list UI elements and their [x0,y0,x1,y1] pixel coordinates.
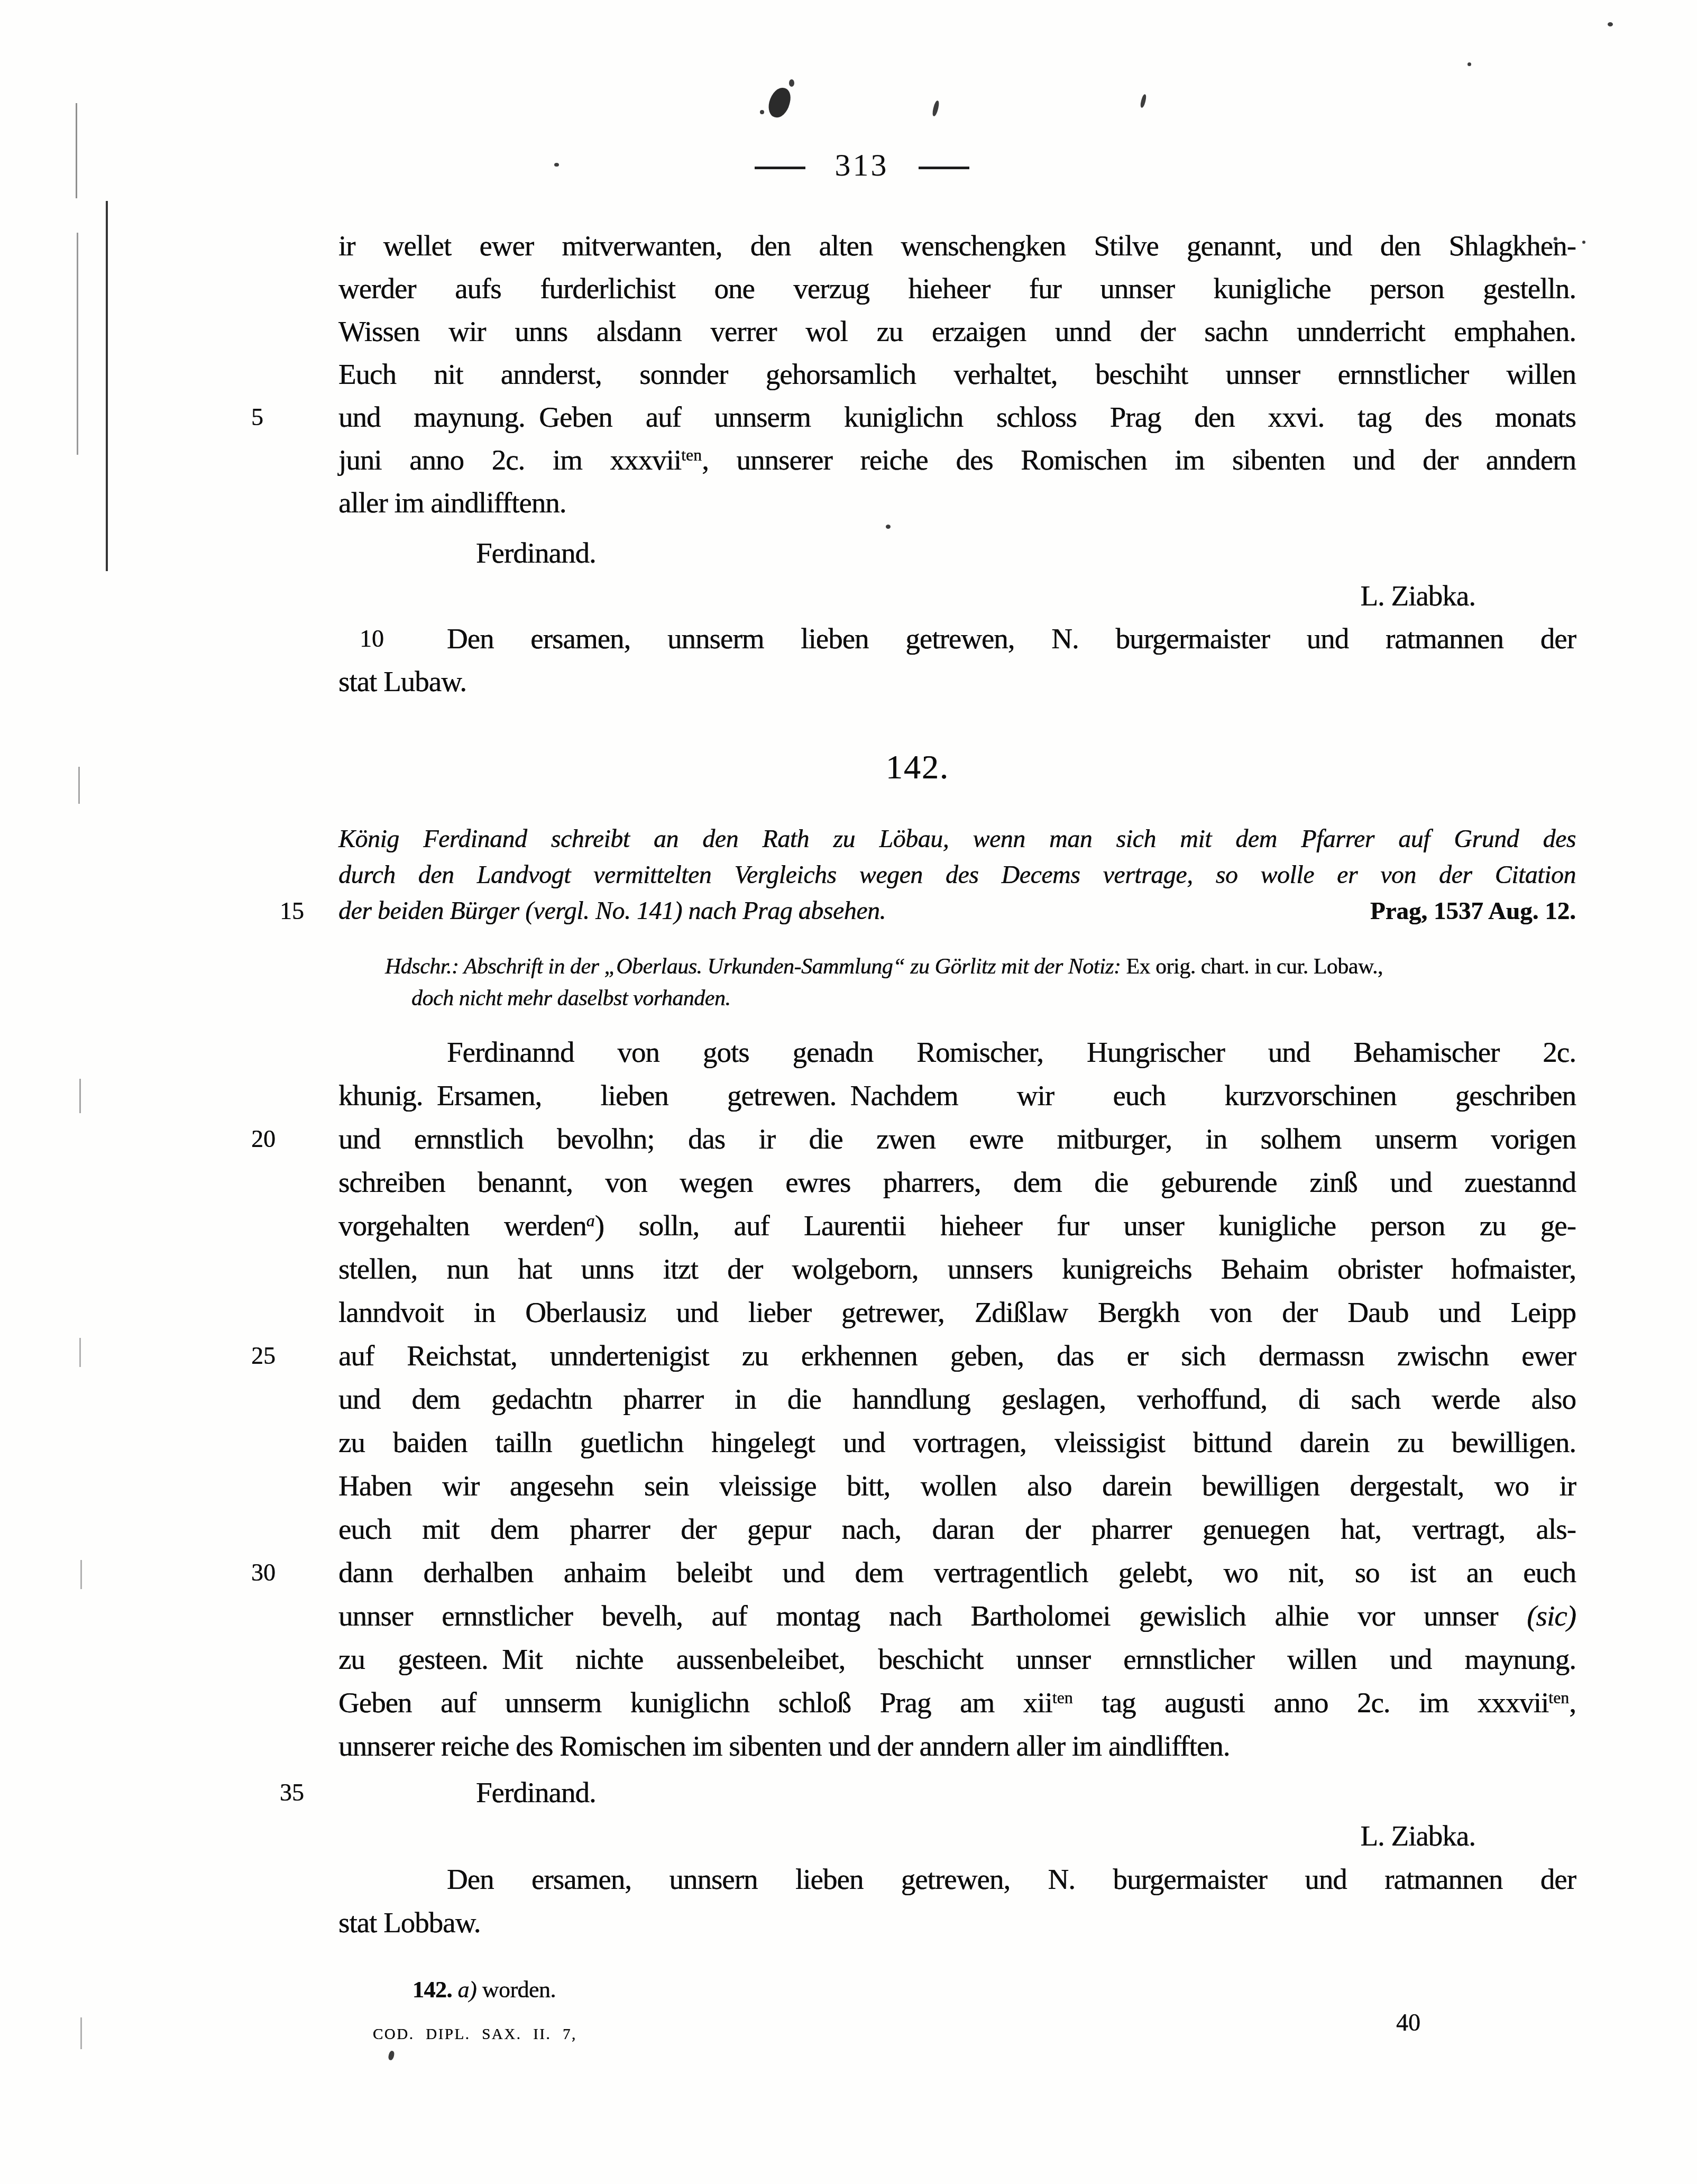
ink-speck [932,100,940,116]
text-line: schreiben benannt, von wegen ewres pharr… [338,1161,1576,1204]
source-note-italic: Hdschr.: Abschrift in der „Oberlaus. Urk… [385,955,1126,979]
ink-speck [554,163,559,167]
superscript-ten: ten [681,446,702,464]
footnote-marker-a: a [586,1212,595,1230]
text-line: aller im aindlifftenn. [338,481,1576,524]
ink-speck [1582,241,1585,244]
footnote-marker: a) [458,1977,477,2003]
gutter-fold-line [80,1560,82,1589]
text-line: zu gesteen. Mit nichte aussenbeleibet, b… [338,1638,1576,1681]
text-line: vorgehalten werdena) solln, auf Laurenti… [338,1204,1576,1247]
header-rule-right [919,167,969,169]
text-segment: , [1569,1686,1576,1719]
document-date: Prag, 1537 Aug. 12. [1370,893,1576,929]
text-line: unnserer reiche des Romischen im sibente… [338,1724,1576,1768]
source-note-line: Hdschr.: Abschrift in der „Oberlaus. Urk… [385,951,1576,983]
letter-141-body: ir wellet ewer mitverwanten, den alten w… [338,224,1576,703]
text-line: werder aufs furderlichist one verzug hie… [338,267,1576,310]
margin-line-number: 25 [251,1334,304,1378]
gutter-fold-line [78,767,80,804]
text-line: khunig. Ersamen, lieben getrewen. Nachde… [338,1074,1576,1117]
header-rule-left [755,167,805,169]
text-segment: ) solln, auf Laurentii hieheer fur unser… [595,1209,1576,1242]
source-note-line: doch nicht mehr daselbst vorhanden. [385,983,1576,1014]
gutter-fold-line [79,1079,81,1113]
gutter-fold-line [80,2017,82,2049]
page-number: 313 [835,149,889,181]
gutter-fold-line [77,233,78,455]
ink-speck [1554,237,1557,241]
series-title: COD. DIPL. SAX. II. 7, [373,2026,577,2043]
text-line: zu baiden tailln guetlichn hingelegt und… [338,1421,1576,1464]
text-line: 5und maynung. Geben auf unnserm kuniglic… [338,396,1576,438]
margin-line-number: 15 [251,893,304,929]
text-segment: unnser ernnstlicher bevelh, auf montag n… [338,1600,1527,1632]
page-header: 313 [13,149,1697,181]
sheet-number: 40 [1396,2007,1420,2039]
text-line: und dem gedachtn pharrer in die hanndlun… [338,1378,1576,1421]
ink-speck [760,110,764,114]
text-line: ir wellet ewer mitverwanten, den alten w… [338,224,1576,267]
ink-speck [1608,22,1613,26]
text-column: ir wellet ewer mitverwanten, den alten w… [338,224,1576,2050]
gutter-fold-line [76,103,77,198]
signature-line: 35Ferdinand. [338,1771,1576,1814]
ink-speck [1467,62,1471,66]
margin-line-number: 5 [251,396,304,438]
address-line: Den ersamen, unnsern lieben getrewen, N.… [338,1858,1576,1901]
book-page: 313 ir wellet ewer mitverwanten, den alt… [0,0,1697,2184]
signature-line: Ferdinand. [338,531,1576,574]
superscript-ten: ten [1548,1689,1569,1707]
text-line: stellen, nun hat unns itzt der wolgeborn… [338,1247,1576,1291]
ink-speck [886,525,891,529]
source-note: Hdschr.: Abschrift in der „Oberlaus. Urk… [338,951,1576,1014]
address-line: stat Lubaw. [338,660,1576,703]
gutter-fold-line [79,1338,81,1367]
margin-line-number: 10 [251,617,304,660]
text-line: 20und ernnstlich bevolhn; das ir die zwe… [338,1117,1576,1161]
summary-line: König Ferdinand schreibt an den Rath zu … [338,821,1576,857]
margin-line-number: 20 [251,1117,304,1161]
signature-content: Ferdinand. [476,1776,596,1809]
ink-speck [789,79,794,87]
text-line-content: Den ersamen, unnserm lieben getrewen, N.… [447,622,1576,655]
ink-speck [1140,94,1147,108]
summary-line-content: der beiden Bürger (vergl. No. 141) nach … [338,897,886,925]
text-segment: vorgehalten werden [338,1209,586,1242]
summary-line: 15der beiden Bürger (vergl. No. 141) nac… [338,893,1576,929]
text-line: Haben wir angesehn sein vleissige bitt, … [338,1464,1576,1508]
text-segment: juni anno 2c. im xxxvii [338,444,681,476]
text-line-content: und ernnstlich bevolhn; das ir die zwen … [338,1123,1576,1155]
address-line: stat Lobbaw. [338,1901,1576,1944]
text-line: Geben auf unnserm kuniglichn schloß Prag… [338,1681,1576,1724]
text-segment: tag augusti anno 2c. im xxxvii [1073,1686,1548,1719]
document-summary: König Ferdinand schreibt an den Rath zu … [338,821,1576,929]
text-line: 30dann derhalben anhaim beleibt und dem … [338,1551,1576,1594]
margin-line-number: 35 [251,1771,304,1814]
countersignature-line: L. Ziabka. [338,574,1576,617]
document-heading: 142. [338,746,1576,788]
text-line: Euch nit annderst, sonnder gehorsamlich … [338,353,1576,396]
address-line: 10Den ersamen, unnserm lieben getrewen, … [338,617,1576,660]
superscript-ten: ten [1052,1689,1073,1707]
ink-speck [388,2050,395,2061]
imprint-line: COD. DIPL. SAX. II. 7, 40 [338,2018,1576,2050]
text-line: lanndvoit in Oberlausiz und lieber getre… [338,1291,1576,1334]
text-line-content: auf Reichstat, unndertenigist zu erkhenn… [338,1339,1576,1372]
text-line: juni anno 2c. im xxxviiten, unnserer rei… [338,438,1576,481]
countersignature-line: L. Ziabka. [338,1814,1576,1858]
text-segment: Geben auf unnserm kuniglichn schloß Prag… [338,1686,1052,1719]
footnote-text: worden. [482,1977,556,2003]
text-line: unnser ernnstlicher bevelh, auf montag n… [338,1594,1576,1638]
text-line-content: und maynung. Geben auf unnserm kuniglich… [338,401,1576,433]
text-segment: , unnserer reiche des Romischen im siben… [702,444,1576,476]
text-line: Ferdinannd von gots genadn Romischer, Hu… [338,1031,1576,1074]
text-line-content: dann derhalben anhaim beleibt und dem ve… [338,1556,1576,1589]
summary-line: durch den Landvogt vermittelten Vergleic… [338,857,1576,893]
text-line: euch mit dem pharrer der gepur nach, dar… [338,1508,1576,1551]
gutter-fold-line [106,201,108,571]
footnote-document-number: 142. [412,1977,452,2003]
apparatus-footnote: 142. a) worden. [338,1974,1576,2006]
letter-142-body: Ferdinannd von gots genadn Romischer, Hu… [338,1031,1576,1944]
ink-speck [766,85,793,120]
source-note-roman: Ex orig. chart. in cur. Lobaw., [1126,955,1383,979]
sic-annotation: (sic) [1527,1600,1576,1632]
text-line: Wissen wir unns alsdann verrer wol zu er… [338,310,1576,353]
margin-line-number: 30 [251,1551,304,1594]
text-line: 25auf Reichstat, unndertenigist zu erkhe… [338,1334,1576,1378]
